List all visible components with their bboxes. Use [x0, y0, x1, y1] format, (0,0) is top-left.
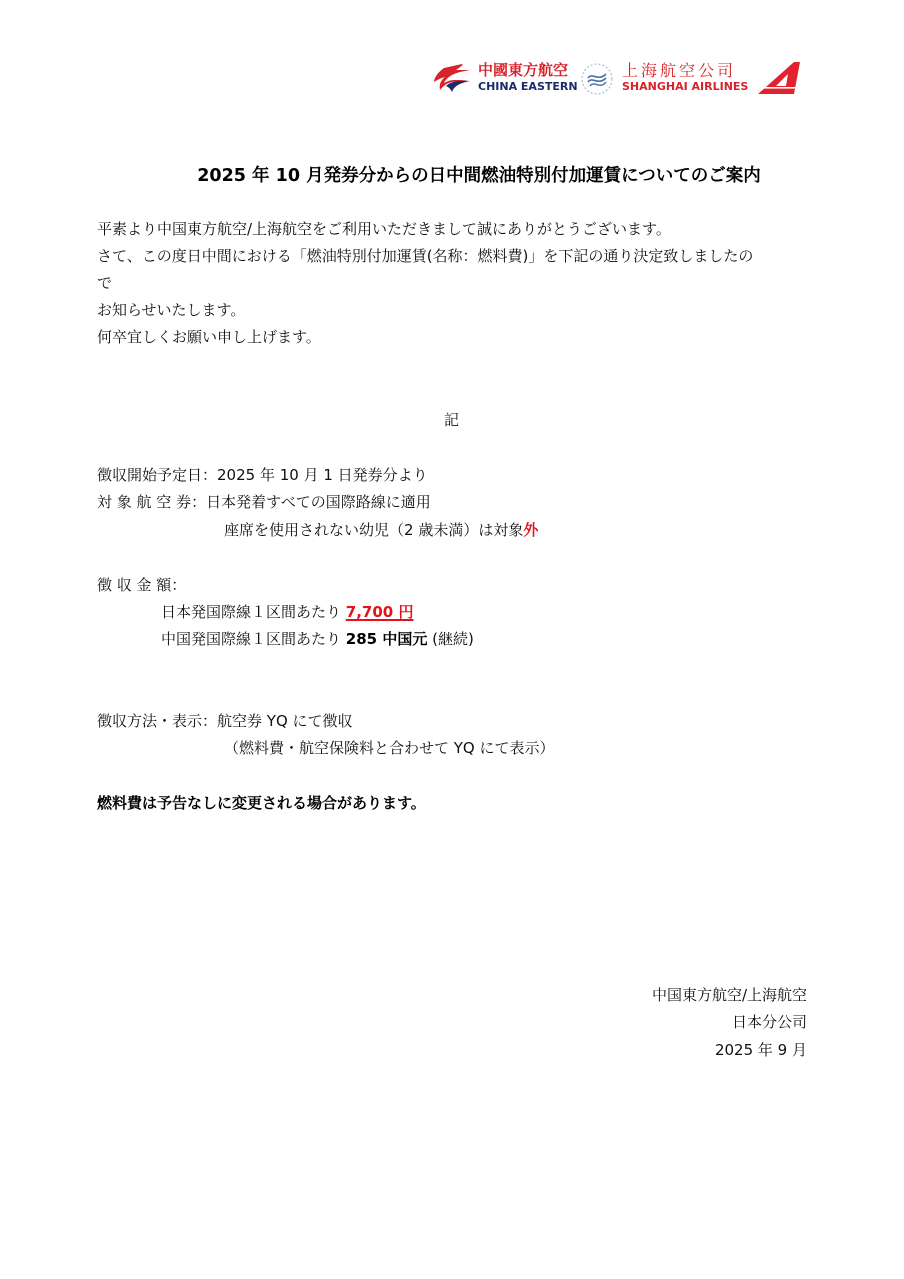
- amount-japan-text: 日本発国際線１区間あたり: [161, 603, 341, 621]
- target-note-highlight: 外: [523, 521, 538, 539]
- amount-china-row: 中国発国際線１区間あたり 285 中国元 (継続): [161, 630, 474, 648]
- china-eastern-logo-icon: [432, 62, 472, 98]
- intro-line-5: 何卒宜しくお願い申し上げます。: [97, 328, 321, 346]
- shanghai-airlines-wordmark: 上海航空公司 SHANGHAI AIRLINES: [622, 62, 748, 94]
- signature-branch: 日本分公司: [732, 1013, 807, 1031]
- intro-line-3: で: [97, 274, 112, 292]
- method-value: 航空券 YQ にて徴収: [217, 712, 353, 730]
- target-note: 座席を使用されない幼児（2 歳未満）は対象外: [224, 521, 538, 539]
- airline-logos: 中國東方航空 CHINA EASTERN 上海航空公司 SHANGHAI AIR…: [430, 58, 802, 100]
- amount-china-suffix: (継続): [432, 630, 474, 648]
- target-value: 日本発着すべての国際路線に適用: [206, 493, 431, 511]
- intro-line-4: お知らせいたします。: [97, 301, 245, 319]
- target-label: 対 象 航 空 券：: [97, 493, 206, 511]
- amount-japan-value: 7,700 円: [346, 603, 414, 621]
- intro-line-1: 平素より中国東方航空/上海航空をご利用いただきまして誠にありがとうございます。: [97, 220, 671, 238]
- target-row: 対 象 航 空 券：日本発着すべての国際路線に適用: [97, 493, 431, 511]
- start-date-row: 徴収開始予定日：2025 年 10 月 1 日発券分より: [97, 466, 428, 484]
- amount-china-value: 285 中国元: [346, 630, 428, 648]
- method-note: （燃料費・航空保険料と合わせて YQ にて表示）: [224, 739, 555, 757]
- change-notice: 燃料費は予告なしに変更される場合があります。: [97, 794, 426, 812]
- start-date-label: 徴収開始予定日：: [97, 466, 217, 484]
- shanghai-airlines-tail-icon: [756, 60, 802, 98]
- skyteam-logo-icon: [580, 62, 614, 96]
- intro-line-2: さて、この度日中間における「燃油特別付加運賃(名称：燃料費)」を下記の通り決定致…: [97, 247, 753, 265]
- signature-date: 2025 年 9 月: [715, 1041, 807, 1059]
- start-date-value: 2025 年 10 月 1 日発券分より: [217, 466, 428, 484]
- china-eastern-wordmark: 中國東方航空 CHINA EASTERN: [478, 62, 578, 94]
- method-label: 徴収方法・表示：: [97, 712, 217, 730]
- ki-heading: 記: [444, 411, 459, 429]
- signature-company: 中国東方航空/上海航空: [652, 986, 807, 1004]
- amount-label: 徴 収 金 額：: [97, 576, 186, 594]
- method-row: 徴収方法・表示：航空券 YQ にて徴収: [97, 712, 353, 730]
- amount-china-text: 中国発国際線１区間あたり: [161, 630, 341, 648]
- amount-japan-row: 日本発国際線１区間あたり 7,700 円: [161, 603, 413, 621]
- document-title: 2025 年 10 月発券分からの日中間燃油特別付加運賃についてのご案内: [0, 162, 904, 187]
- target-note-text: 座席を使用されない幼児（2 歳未満）は対象: [224, 521, 523, 539]
